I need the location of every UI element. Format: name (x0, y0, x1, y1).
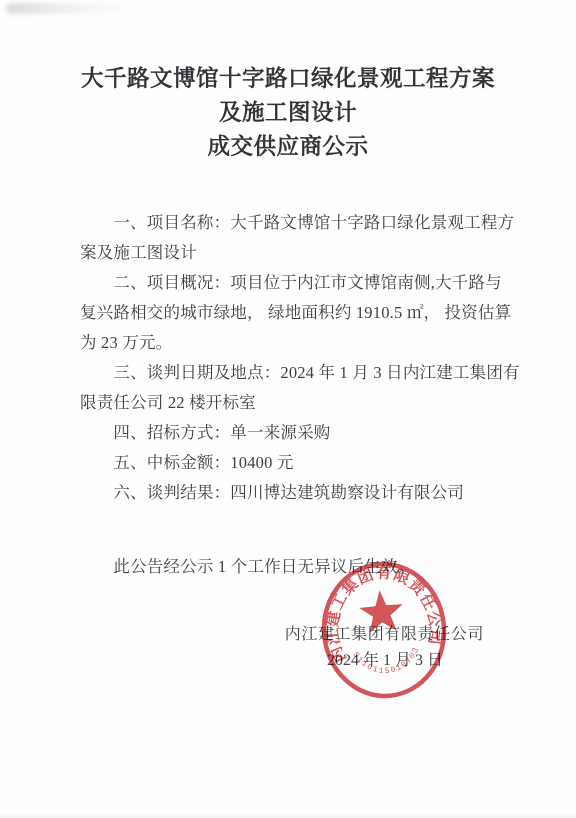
body-line: 限责任公司 22 楼开标室 (80, 388, 512, 418)
document-title: 大千路文博馆十字路口绿化景观工程方案 及施工图设计 成交供应商公示 (0, 62, 576, 164)
body-line: 为 23 万元。 (80, 328, 512, 358)
document-body: 一、项目名称：大千路文博馆十字路口绿化景观工程方 案及施工图设计 二、项目概况：… (80, 208, 512, 508)
body-line: 五、中标金额：10400 元 (80, 448, 512, 478)
body-line: 一、项目名称：大千路文博馆十字路口绿化景观工程方 (80, 208, 512, 238)
body-line: 六、谈判结果：四川博达建筑勘察设计有限公司 (80, 478, 512, 508)
title-line-3: 成交供应商公示 (0, 130, 576, 164)
scan-smudge (6, 3, 136, 14)
body-line: 案及施工图设计 (80, 238, 512, 268)
scan-edge-shadow (0, 813, 576, 818)
title-line-2: 及施工图设计 (0, 96, 576, 130)
body-line: 二、项目概况：项目位于内江市文博馆南侧,大千路与 (80, 268, 512, 298)
company-seal-stamp: 内江建工集团有限责任公司 5110115010703 (308, 554, 460, 706)
body-line: 复兴路相交的城市绿地， 绿地面积约 1910.5 ㎡， 投资估算 (80, 298, 512, 328)
seal-code-text: 5110115010703 (350, 645, 424, 679)
title-line-1: 大千路文博馆十字路口绿化景观工程方案 (0, 62, 576, 96)
body-line: 三、谈判日期及地点：2024 年 1 月 3 日内江建工集团有 (80, 358, 512, 388)
star-icon (358, 588, 405, 633)
body-line: 四、招标方式：单一来源采购 (80, 418, 512, 448)
document-page: 大千路文博馆十字路口绿化景观工程方案 及施工图设计 成交供应商公示 一、项目名称… (0, 0, 576, 818)
